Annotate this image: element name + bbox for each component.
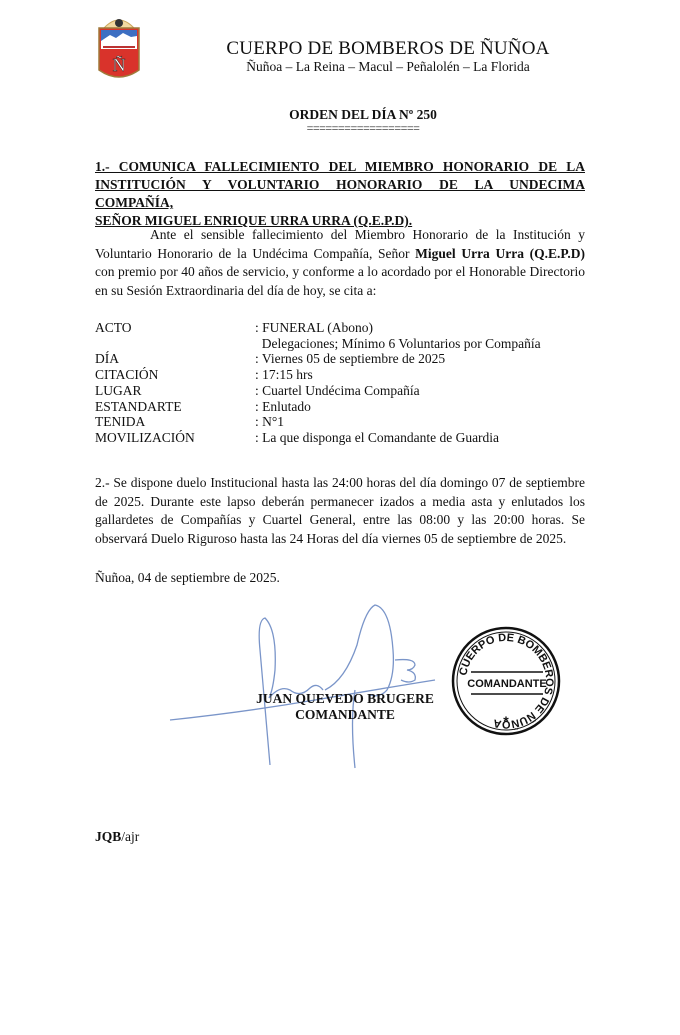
detail-row: LUGAR: Cuartel Undécima Compañía (95, 383, 541, 399)
order-title-rule: ================== (0, 121, 680, 136)
detail-value: : Cuartel Undécima Compañía (255, 383, 420, 399)
paragraph-text: con premio por 40 años de servicio, y co… (95, 264, 585, 298)
detail-row: CITACIÓN: 17:15 hrs (95, 367, 541, 383)
detail-row: ACTO: FUNERAL (Abono) (95, 320, 541, 336)
detail-label (95, 336, 255, 352)
place-date: Ñuñoa, 04 de septiembre de 2025. (95, 570, 280, 586)
organization-communes: Ñuñoa – La Reina – Macul – Peñalolén – L… (0, 59, 680, 75)
handwritten-signature (165, 590, 445, 770)
signatory-name: JUAN QUEVEDO BRUGERE (255, 691, 435, 707)
section2-paragraph: 2.- Se dispone duelo Institucional hasta… (95, 474, 585, 548)
detail-row: TENIDA: N°1 (95, 414, 541, 430)
section1-heading: 1.- COMUNICA FALLECIMIENTO DEL MIEMBRO H… (95, 158, 585, 230)
organization-name: CUERPO DE BOMBEROS DE ÑUÑOA (0, 38, 680, 60)
heading-line: INSTITUCIÓN Y VOLUNTARIO HONORARIO DE LA… (95, 176, 585, 212)
detail-row: DÍA: Viernes 05 de septiembre de 2025 (95, 351, 541, 367)
initials-rest: /ajr (121, 829, 139, 844)
detail-value: : N°1 (255, 414, 284, 430)
stamp-star: * (503, 713, 509, 729)
detail-row: Delegaciones; Mínimo 6 Voluntarios por C… (95, 336, 541, 352)
detail-row: MOVILIZACIÓN: La que disponga el Comanda… (95, 430, 541, 446)
stamp-center-text: COMANDANTE (467, 678, 546, 690)
initials-bold: JQB (95, 829, 121, 844)
detail-label: DÍA (95, 351, 255, 367)
detail-label: MOVILIZACIÓN (95, 430, 255, 446)
signatory-title: COMANDANTE (255, 707, 435, 723)
detail-value: : FUNERAL (Abono) (255, 320, 373, 336)
detail-label: TENIDA (95, 414, 255, 430)
detail-label: ESTANDARTE (95, 399, 255, 415)
detail-row: ESTANDARTE: Enlutado (95, 399, 541, 415)
reference-initials: JQB/ajr (95, 829, 139, 845)
detail-label: ACTO (95, 320, 255, 336)
detail-value: : 17:15 hrs (255, 367, 313, 383)
detail-value: : Viernes 05 de septiembre de 2025 (255, 351, 445, 367)
section1-paragraph: Ante el sensible fallecimiento del Miemb… (95, 226, 585, 300)
official-stamp: CUERPO DE BOMBEROS DE ÑUÑOA COMANDANTE * (451, 626, 561, 736)
detail-value: Delegaciones; Mínimo 6 Voluntarios por C… (255, 336, 541, 352)
deceased-name: Miguel Urra Urra (Q.E.P.D) (415, 246, 585, 261)
detail-value: : Enlutado (255, 399, 311, 415)
signatory-block: JUAN QUEVEDO BRUGERE COMANDANTE (255, 691, 435, 723)
heading-line: 1.- COMUNICA FALLECIMIENTO DEL MIEMBRO H… (95, 158, 585, 176)
detail-value: : La que disponga el Comandante de Guard… (255, 430, 499, 446)
detail-label: LUGAR (95, 383, 255, 399)
ceremony-details: ACTO: FUNERAL (Abono) Delegaciones; Míni… (95, 320, 541, 446)
detail-label: CITACIÓN (95, 367, 255, 383)
